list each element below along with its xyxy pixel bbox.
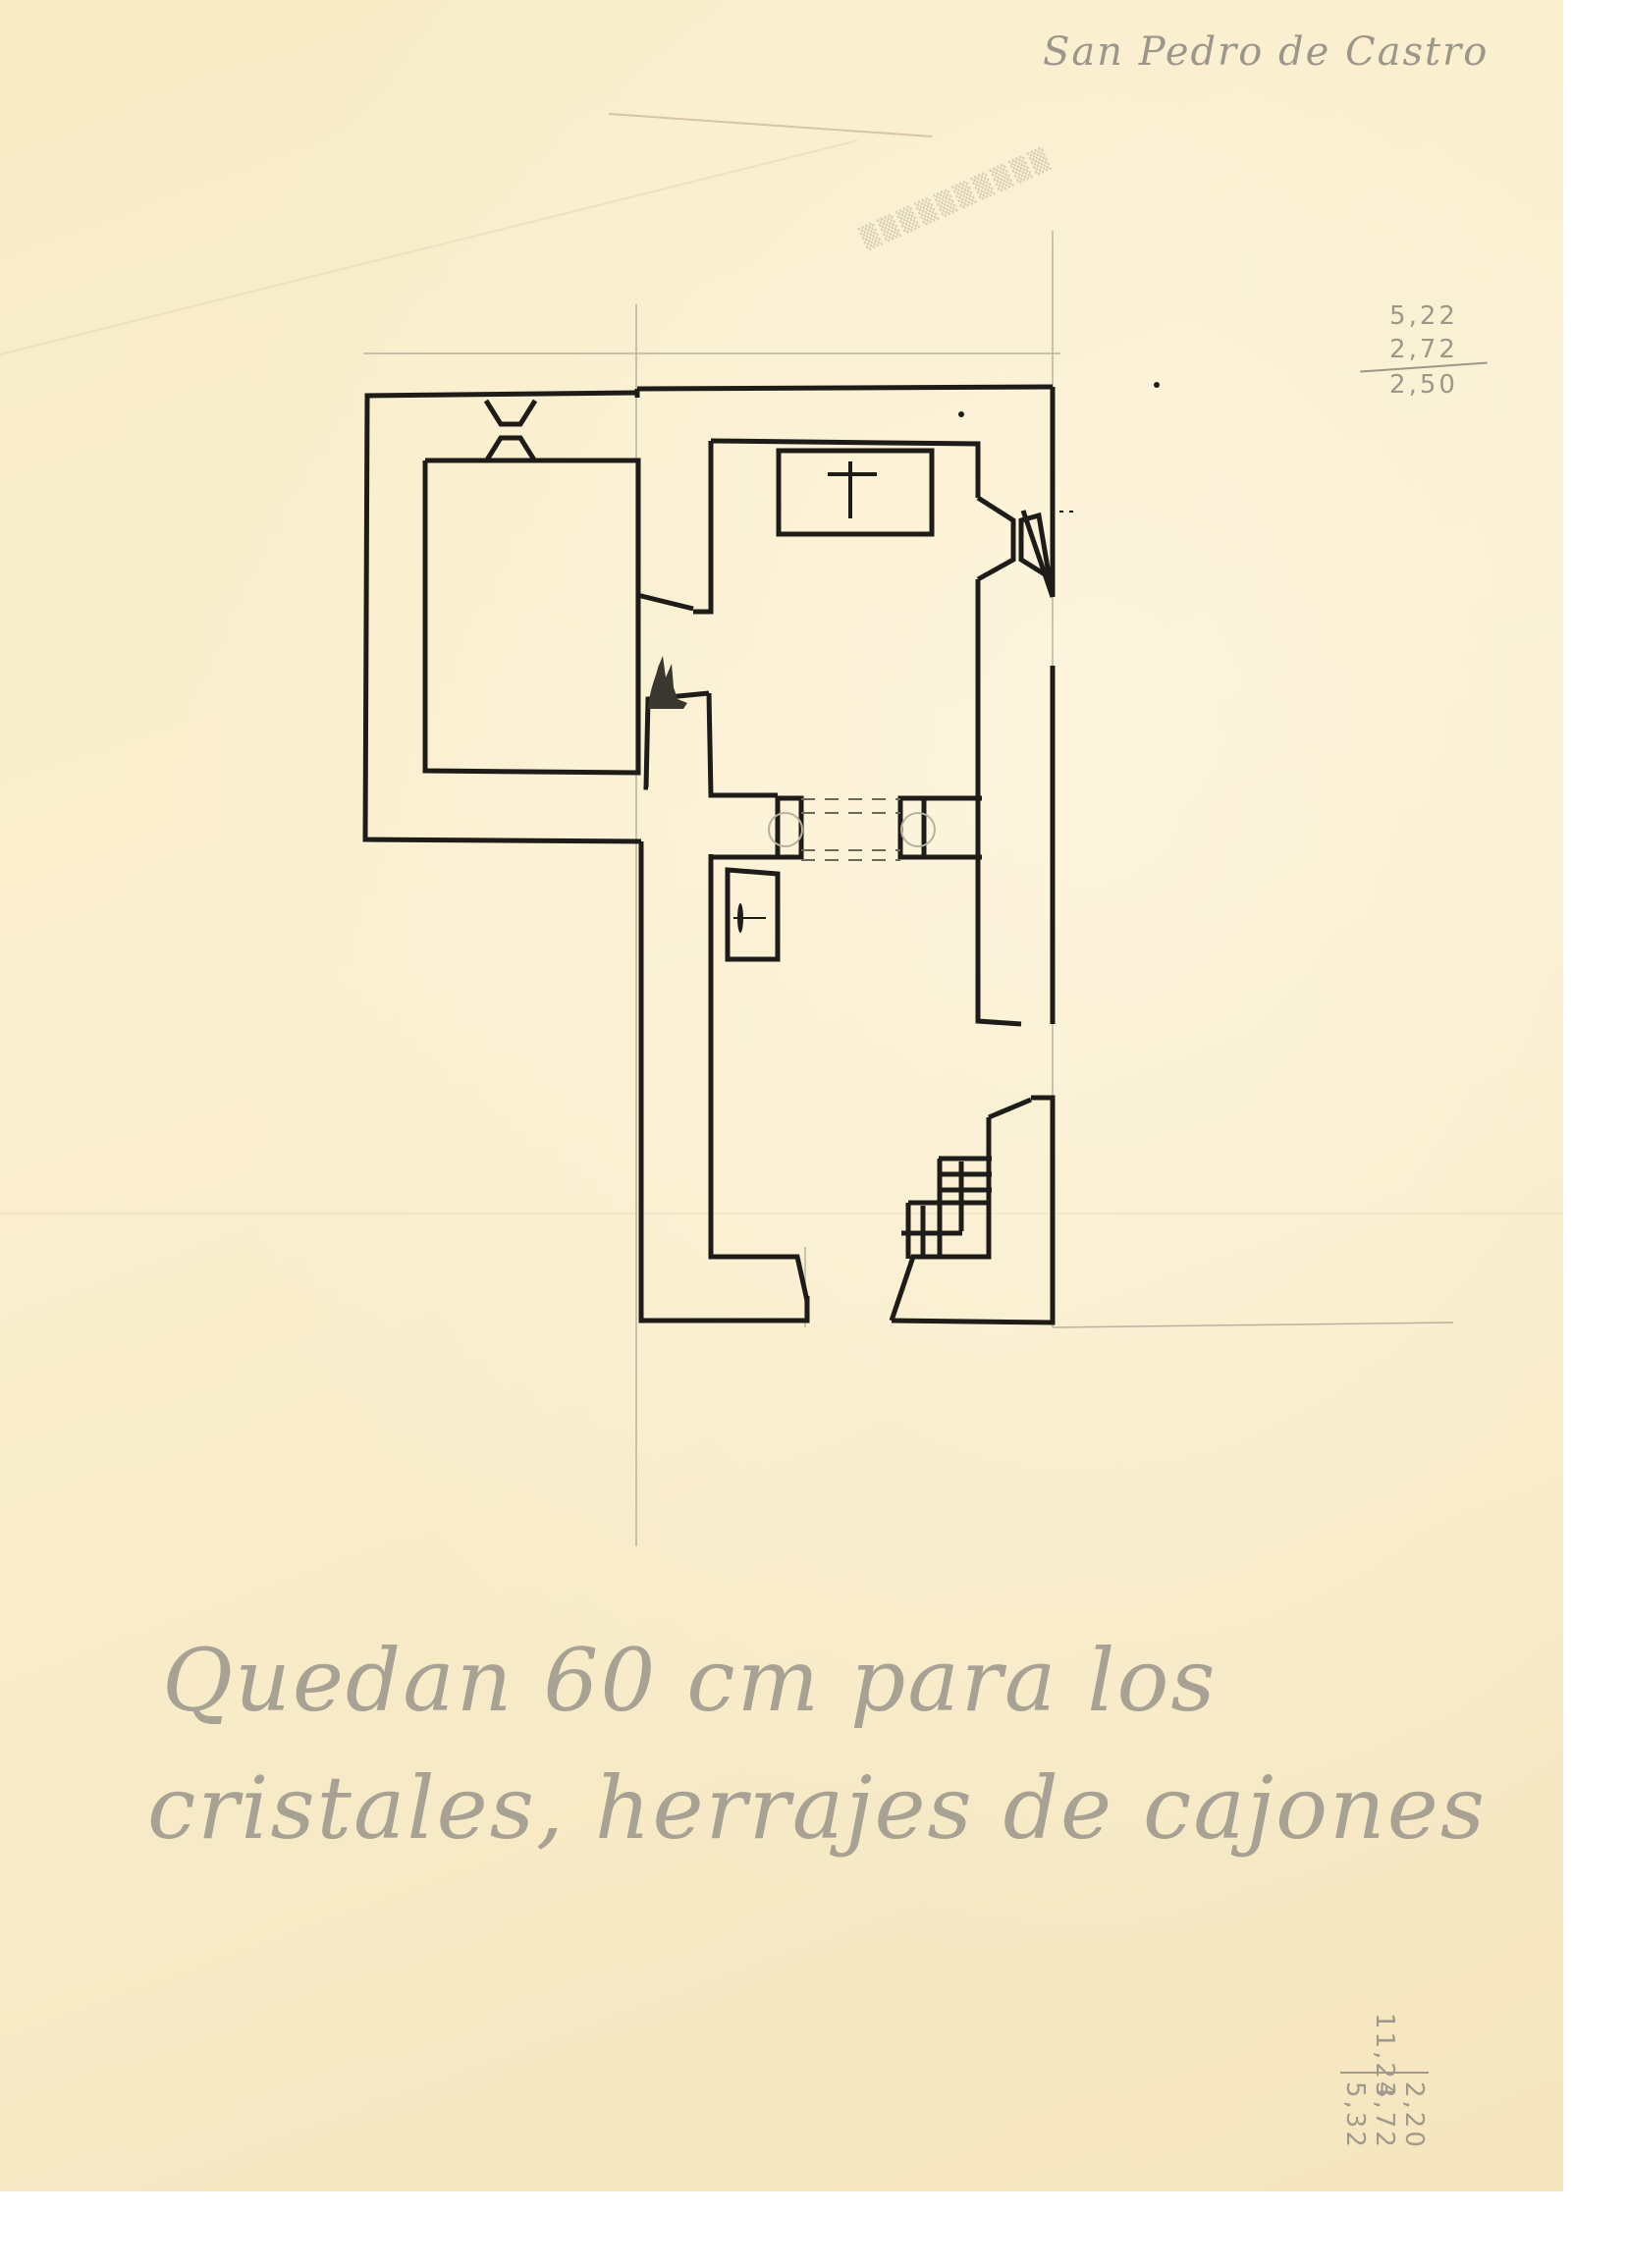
handwritten-note-line-1: Quedan 60 cm para los (162, 1630, 1218, 1731)
ink-dot (958, 411, 964, 417)
construction-lines (363, 231, 1453, 1546)
floor-plan (0, 0, 1626, 2268)
altar-cross-icon (779, 451, 932, 534)
walls (365, 387, 1053, 1323)
ink-dot (1154, 382, 1160, 388)
window-icon (486, 401, 535, 461)
small-altar-cross-icon (728, 870, 778, 959)
column-circles (769, 813, 935, 846)
staircase-icon (901, 1159, 992, 1259)
handwritten-note-line-2: cristales, herrajes de cajones (147, 1757, 1487, 1859)
ink-blot (648, 656, 687, 709)
arch-dashed-lines (801, 799, 900, 860)
